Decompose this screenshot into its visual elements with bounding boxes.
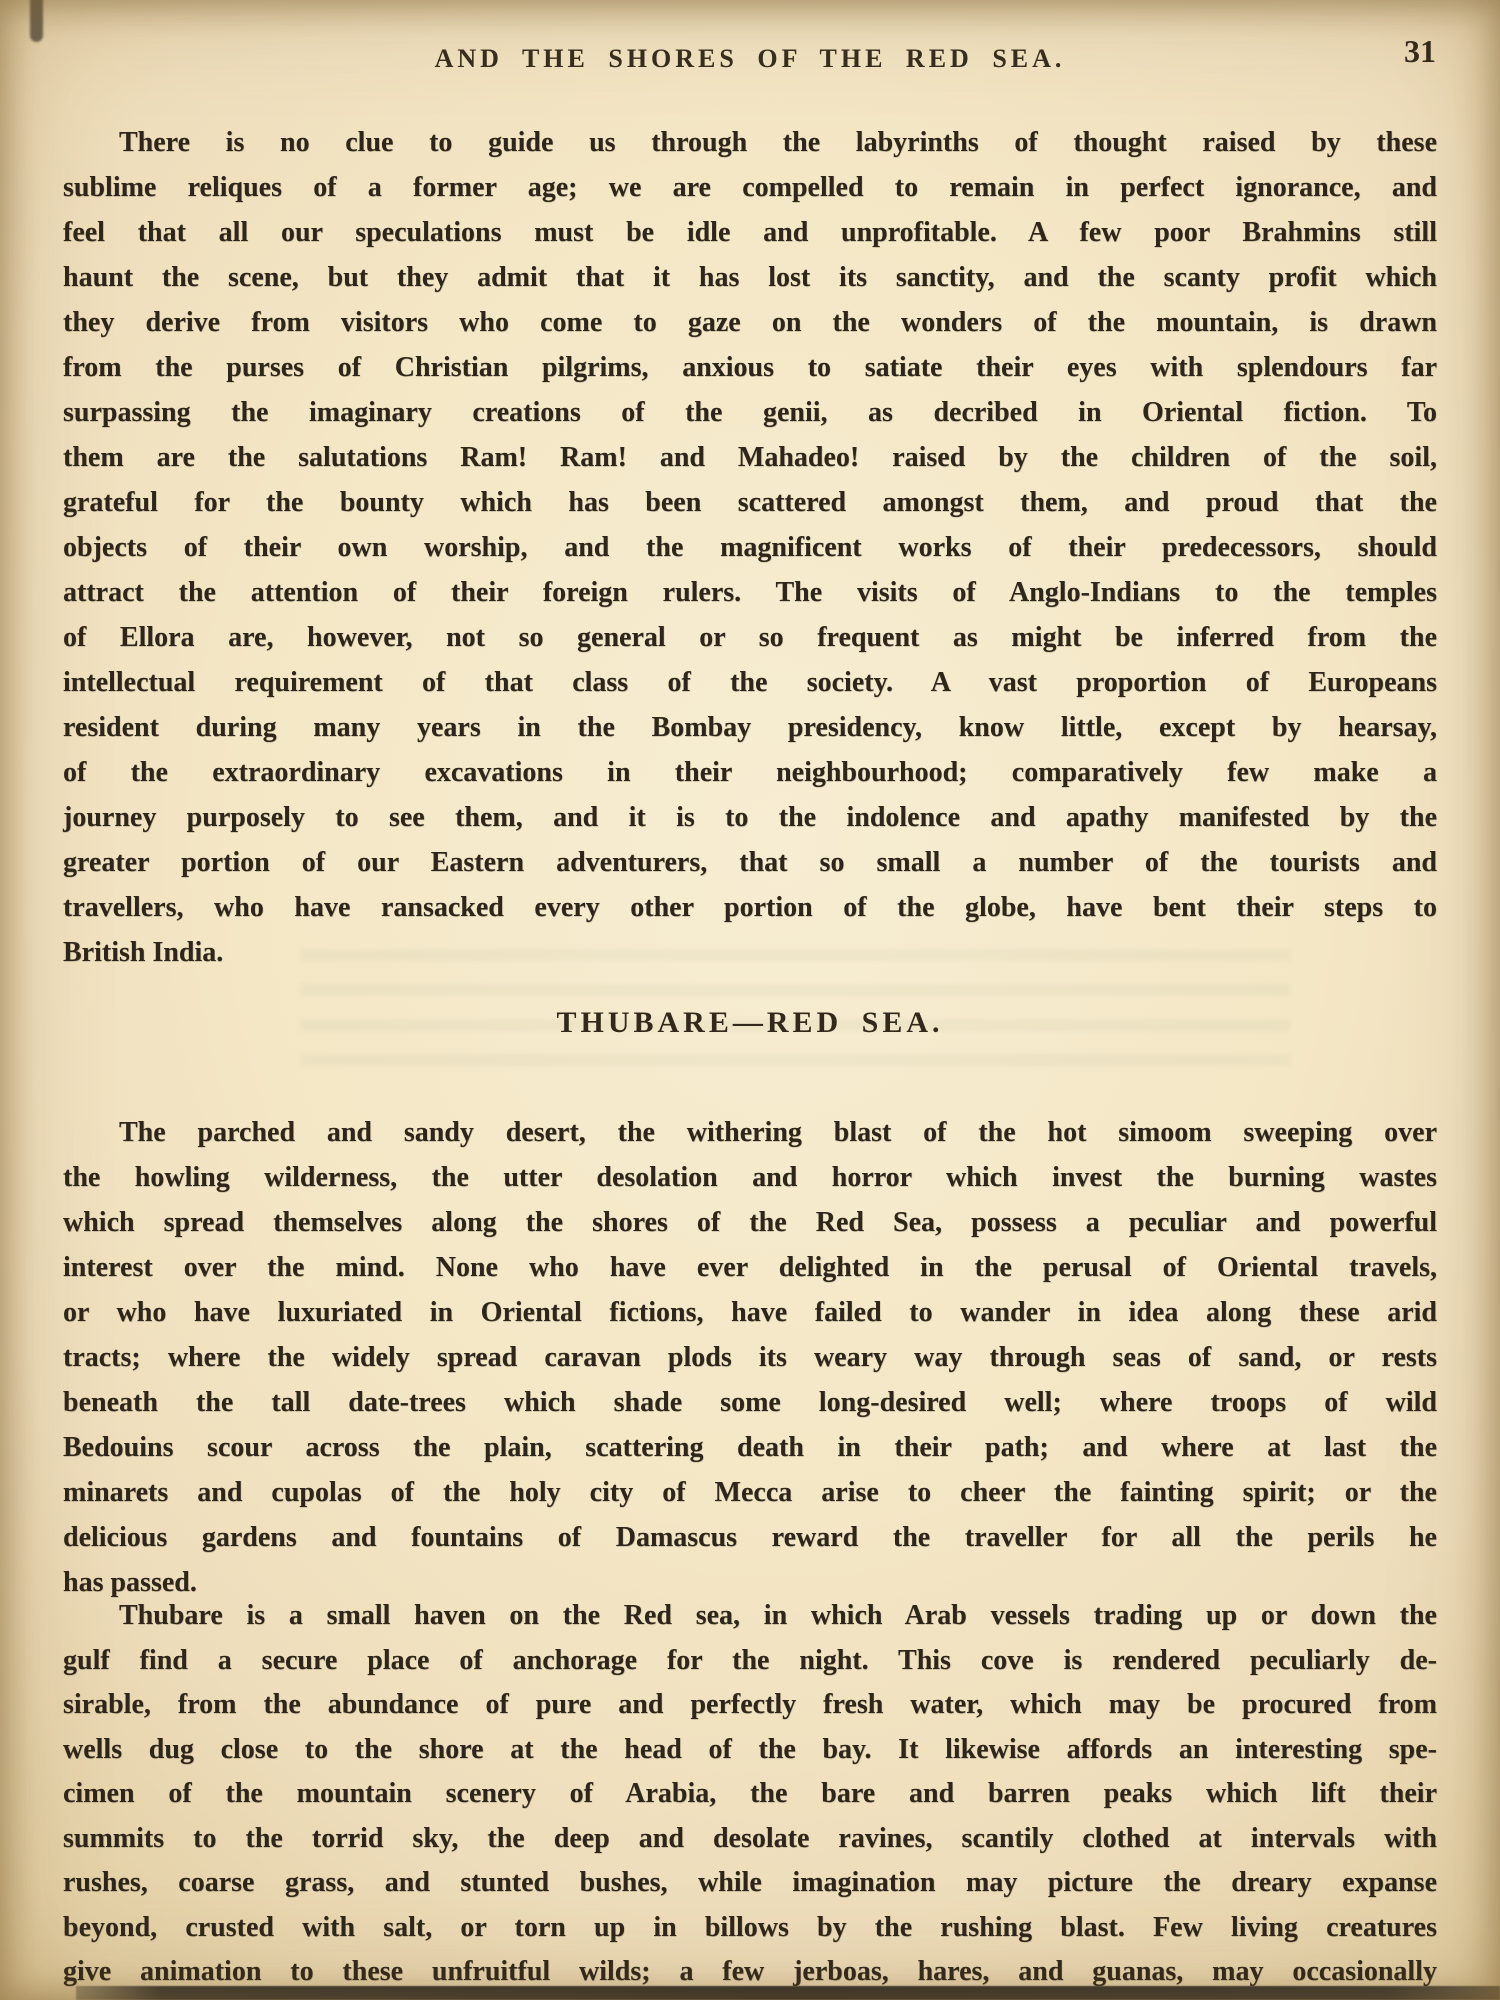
- text-line: of the extraordinary excavations in thei…: [63, 750, 1437, 795]
- page-number: 31: [1404, 33, 1436, 70]
- text-line: rushes, coarse grass, and stunted bushes…: [63, 1861, 1437, 1906]
- section-heading: THUBARE—RED SEA.: [0, 1006, 1500, 1040]
- text-line: resident during many years in the Bombay…: [63, 705, 1437, 750]
- text-line: gulf find a secure place of anchorage fo…: [63, 1639, 1437, 1684]
- text-line: cimen of the mountain scenery of Arabia,…: [63, 1772, 1437, 1817]
- text-line: sirable, from the abundance of pure and …: [63, 1683, 1437, 1728]
- text-line: feel that all our speculations must be i…: [63, 210, 1437, 255]
- text-line: beneath the tall date-trees which shade …: [63, 1380, 1437, 1425]
- text-line: greater portion of our Eastern adventure…: [63, 840, 1437, 885]
- text-line: surpassing the imaginary creations of th…: [63, 390, 1437, 435]
- paragraph-ellora: There is no clue to guide us through the…: [63, 120, 1437, 975]
- scan-artifact-top-left: [30, 0, 43, 42]
- scan-artifact-bottom-edge: [76, 1986, 1500, 2000]
- text-line: objects of their own worship, and the ma…: [63, 525, 1437, 570]
- text-line: summits to the torrid sky, the deep and …: [63, 1817, 1437, 1862]
- text-line: of Ellora are, however, not so general o…: [63, 615, 1437, 660]
- text-line: which spread themselves along the shores…: [63, 1200, 1437, 1245]
- text-line: the howling wilderness, the utter desola…: [63, 1155, 1437, 1200]
- text-line: them are the salutations Ram! Ram! and M…: [63, 435, 1437, 480]
- text-line: interest over the mind. None who have ev…: [63, 1245, 1437, 1290]
- text-line: wells dug close to the shore at the head…: [63, 1728, 1437, 1773]
- text-line: beyond, crusted with salt, or torn up in…: [63, 1906, 1437, 1951]
- text-line: delicious gardens and fountains of Damas…: [63, 1515, 1437, 1560]
- paragraph-thubare-haven: Thubare is a small haven on the Red sea,…: [63, 1594, 1437, 1995]
- text-line: Bedouins scour across the plain, scatter…: [63, 1425, 1437, 1470]
- text-line: they derive from visitors who come to ga…: [63, 300, 1437, 345]
- text-line: grateful for the bounty which has been s…: [63, 480, 1437, 525]
- text-line: journey purposely to see them, and it is…: [63, 795, 1437, 840]
- text-line: The parched and sandy desert, the wither…: [63, 1110, 1437, 1155]
- text-line: or who have luxuriated in Oriental ficti…: [63, 1290, 1437, 1335]
- text-line: British India.: [63, 930, 1437, 975]
- text-line: from the purses of Christian pilgrims, a…: [63, 345, 1437, 390]
- text-line: sublime reliques of a former age; we are…: [63, 165, 1437, 210]
- text-line: tracts; where the widely spread caravan …: [63, 1335, 1437, 1380]
- paragraph-red-sea-desert: The parched and sandy desert, the wither…: [63, 1110, 1437, 1605]
- running-header-title: AND THE SHORES OF THE RED SEA.: [0, 44, 1500, 74]
- text-line: intellectual requirement of that class o…: [63, 660, 1437, 705]
- text-line: Thubare is a small haven on the Red sea,…: [63, 1594, 1437, 1639]
- text-line: minarets and cupolas of the holy city of…: [63, 1470, 1437, 1515]
- scanned-book-page: AND THE SHORES OF THE RED SEA. 31 There …: [0, 0, 1500, 2000]
- text-line: attract the attention of their foreign r…: [63, 570, 1437, 615]
- text-line: haunt the scene, but they admit that it …: [63, 255, 1437, 300]
- text-line: travellers, who have ransacked every oth…: [63, 885, 1437, 930]
- text-line: There is no clue to guide us through the…: [63, 120, 1437, 165]
